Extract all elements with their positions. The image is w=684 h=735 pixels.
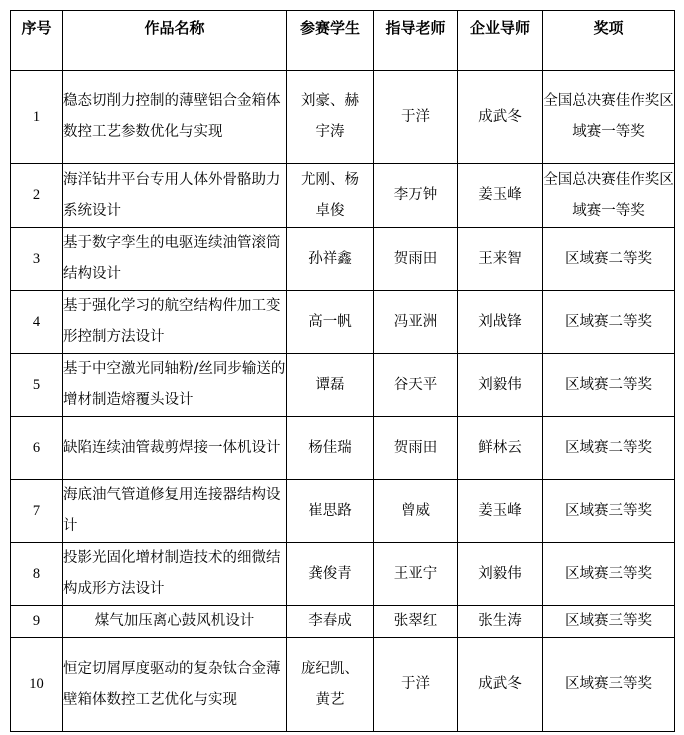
cell-no: 4 xyxy=(11,291,63,354)
cell-teacher: 李万钟 xyxy=(374,164,458,228)
cell-students: 刘豪、赫宇涛 xyxy=(287,71,374,164)
cell-no: 7 xyxy=(11,480,63,543)
awards-table: 序号 作品名称 参赛学生 指导老师 企业导师 奖项 1 稳态切削力控制的薄壁铝合… xyxy=(10,10,675,732)
cell-mentor: 姜玉峰 xyxy=(458,164,543,228)
table-row: 6 缺陷连续油管裁剪焊接一体机设计 杨佳瑞 贺雨田 鲜林云 区域赛二等奖 xyxy=(11,417,675,480)
cell-no: 6 xyxy=(11,417,63,480)
cell-award: 区域赛三等奖 xyxy=(543,638,675,732)
cell-no: 3 xyxy=(11,228,63,291)
header-teacher: 指导老师 xyxy=(374,11,458,71)
table-row: 4 基于强化学习的航空结构件加工变形控制方法设计 高一帆 冯亚洲 刘战锋 区域赛… xyxy=(11,291,675,354)
header-no: 序号 xyxy=(11,11,63,71)
cell-teacher: 王亚宁 xyxy=(374,543,458,606)
table-row: 3 基于数字孪生的电驱连续油管滚筒结构设计 孙祥鑫 贺雨田 王来智 区域赛二等奖 xyxy=(11,228,675,291)
cell-title: 基于强化学习的航空结构件加工变形控制方法设计 xyxy=(63,291,287,354)
cell-students: 龚俊青 xyxy=(287,543,374,606)
table-row: 2 海洋钻井平台专用人体外骨骼助力系统设计 尤刚、杨卓俊 李万钟 姜玉峰 全国总… xyxy=(11,164,675,228)
table-row: 1 稳态切削力控制的薄壁铝合金箱体数控工艺参数优化与实现 刘豪、赫宇涛 于洋 成… xyxy=(11,71,675,164)
cell-award: 区域赛二等奖 xyxy=(543,354,675,417)
cell-no: 8 xyxy=(11,543,63,606)
cell-students: 庞纪凯、黄艺 xyxy=(287,638,374,732)
cell-mentor: 王来智 xyxy=(458,228,543,291)
cell-title: 稳态切削力控制的薄壁铝合金箱体数控工艺参数优化与实现 xyxy=(63,71,287,164)
cell-students: 高一帆 xyxy=(287,291,374,354)
cell-mentor: 刘毅伟 xyxy=(458,543,543,606)
cell-teacher: 贺雨田 xyxy=(374,417,458,480)
cell-students: 崔思路 xyxy=(287,480,374,543)
cell-mentor: 成武冬 xyxy=(458,638,543,732)
cell-mentor: 姜玉峰 xyxy=(458,480,543,543)
header-students: 参赛学生 xyxy=(287,11,374,71)
cell-title: 恒定切屑厚度驱动的复杂钛合金薄壁箱体数控工艺优化与实现 xyxy=(63,638,287,732)
cell-title: 海底油气管道修复用连接器结构设计 xyxy=(63,480,287,543)
cell-award: 区域赛三等奖 xyxy=(543,480,675,543)
cell-mentor: 鲜林云 xyxy=(458,417,543,480)
cell-no: 9 xyxy=(11,606,63,638)
header-award: 奖项 xyxy=(543,11,675,71)
cell-teacher: 贺雨田 xyxy=(374,228,458,291)
cell-no: 5 xyxy=(11,354,63,417)
cell-title: 煤气加压离心鼓风机设计 xyxy=(63,606,287,638)
cell-students: 李春成 xyxy=(287,606,374,638)
cell-students: 尤刚、杨卓俊 xyxy=(287,164,374,228)
cell-title: 基于数字孪生的电驱连续油管滚筒结构设计 xyxy=(63,228,287,291)
table-row: 5 基于中空激光同轴粉/丝同步输送的增材制造熔覆头设计 谭磊 谷天平 刘毅伟 区… xyxy=(11,354,675,417)
cell-award: 区域赛二等奖 xyxy=(543,228,675,291)
cell-students: 孙祥鑫 xyxy=(287,228,374,291)
header-title: 作品名称 xyxy=(63,11,287,71)
cell-award: 全国总决赛佳作奖区域赛一等奖 xyxy=(543,164,675,228)
cell-award: 区域赛二等奖 xyxy=(543,291,675,354)
cell-mentor: 成武冬 xyxy=(458,71,543,164)
table-row: 7 海底油气管道修复用连接器结构设计 崔思路 曾威 姜玉峰 区域赛三等奖 xyxy=(11,480,675,543)
cell-title: 缺陷连续油管裁剪焊接一体机设计 xyxy=(63,417,287,480)
table-row: 8 投影光固化增材制造技术的细微结构成形方法设计 龚俊青 王亚宁 刘毅伟 区域赛… xyxy=(11,543,675,606)
cell-no: 2 xyxy=(11,164,63,228)
cell-students: 谭磊 xyxy=(287,354,374,417)
cell-no: 10 xyxy=(11,638,63,732)
cell-teacher: 曾威 xyxy=(374,480,458,543)
cell-mentor: 刘战锋 xyxy=(458,291,543,354)
cell-award: 区域赛二等奖 xyxy=(543,417,675,480)
cell-students: 杨佳瑞 xyxy=(287,417,374,480)
cell-teacher: 冯亚洲 xyxy=(374,291,458,354)
cell-title: 投影光固化增材制造技术的细微结构成形方法设计 xyxy=(63,543,287,606)
cell-title: 海洋钻井平台专用人体外骨骼助力系统设计 xyxy=(63,164,287,228)
cell-title: 基于中空激光同轴粉/丝同步输送的增材制造熔覆头设计 xyxy=(63,354,287,417)
cell-teacher: 于洋 xyxy=(374,71,458,164)
header-row: 序号 作品名称 参赛学生 指导老师 企业导师 奖项 xyxy=(11,11,675,71)
cell-no: 1 xyxy=(11,71,63,164)
table-row: 10 恒定切屑厚度驱动的复杂钛合金薄壁箱体数控工艺优化与实现 庞纪凯、黄艺 于洋… xyxy=(11,638,675,732)
cell-award: 区域赛三等奖 xyxy=(543,543,675,606)
cell-teacher: 于洋 xyxy=(374,638,458,732)
cell-mentor: 刘毅伟 xyxy=(458,354,543,417)
cell-award: 全国总决赛佳作奖区域赛一等奖 xyxy=(543,71,675,164)
cell-award: 区域赛三等奖 xyxy=(543,606,675,638)
header-mentor: 企业导师 xyxy=(458,11,543,71)
table-row: 9 煤气加压离心鼓风机设计 李春成 张翠红 张生涛 区域赛三等奖 xyxy=(11,606,675,638)
cell-mentor: 张生涛 xyxy=(458,606,543,638)
cell-teacher: 谷天平 xyxy=(374,354,458,417)
cell-teacher: 张翠红 xyxy=(374,606,458,638)
